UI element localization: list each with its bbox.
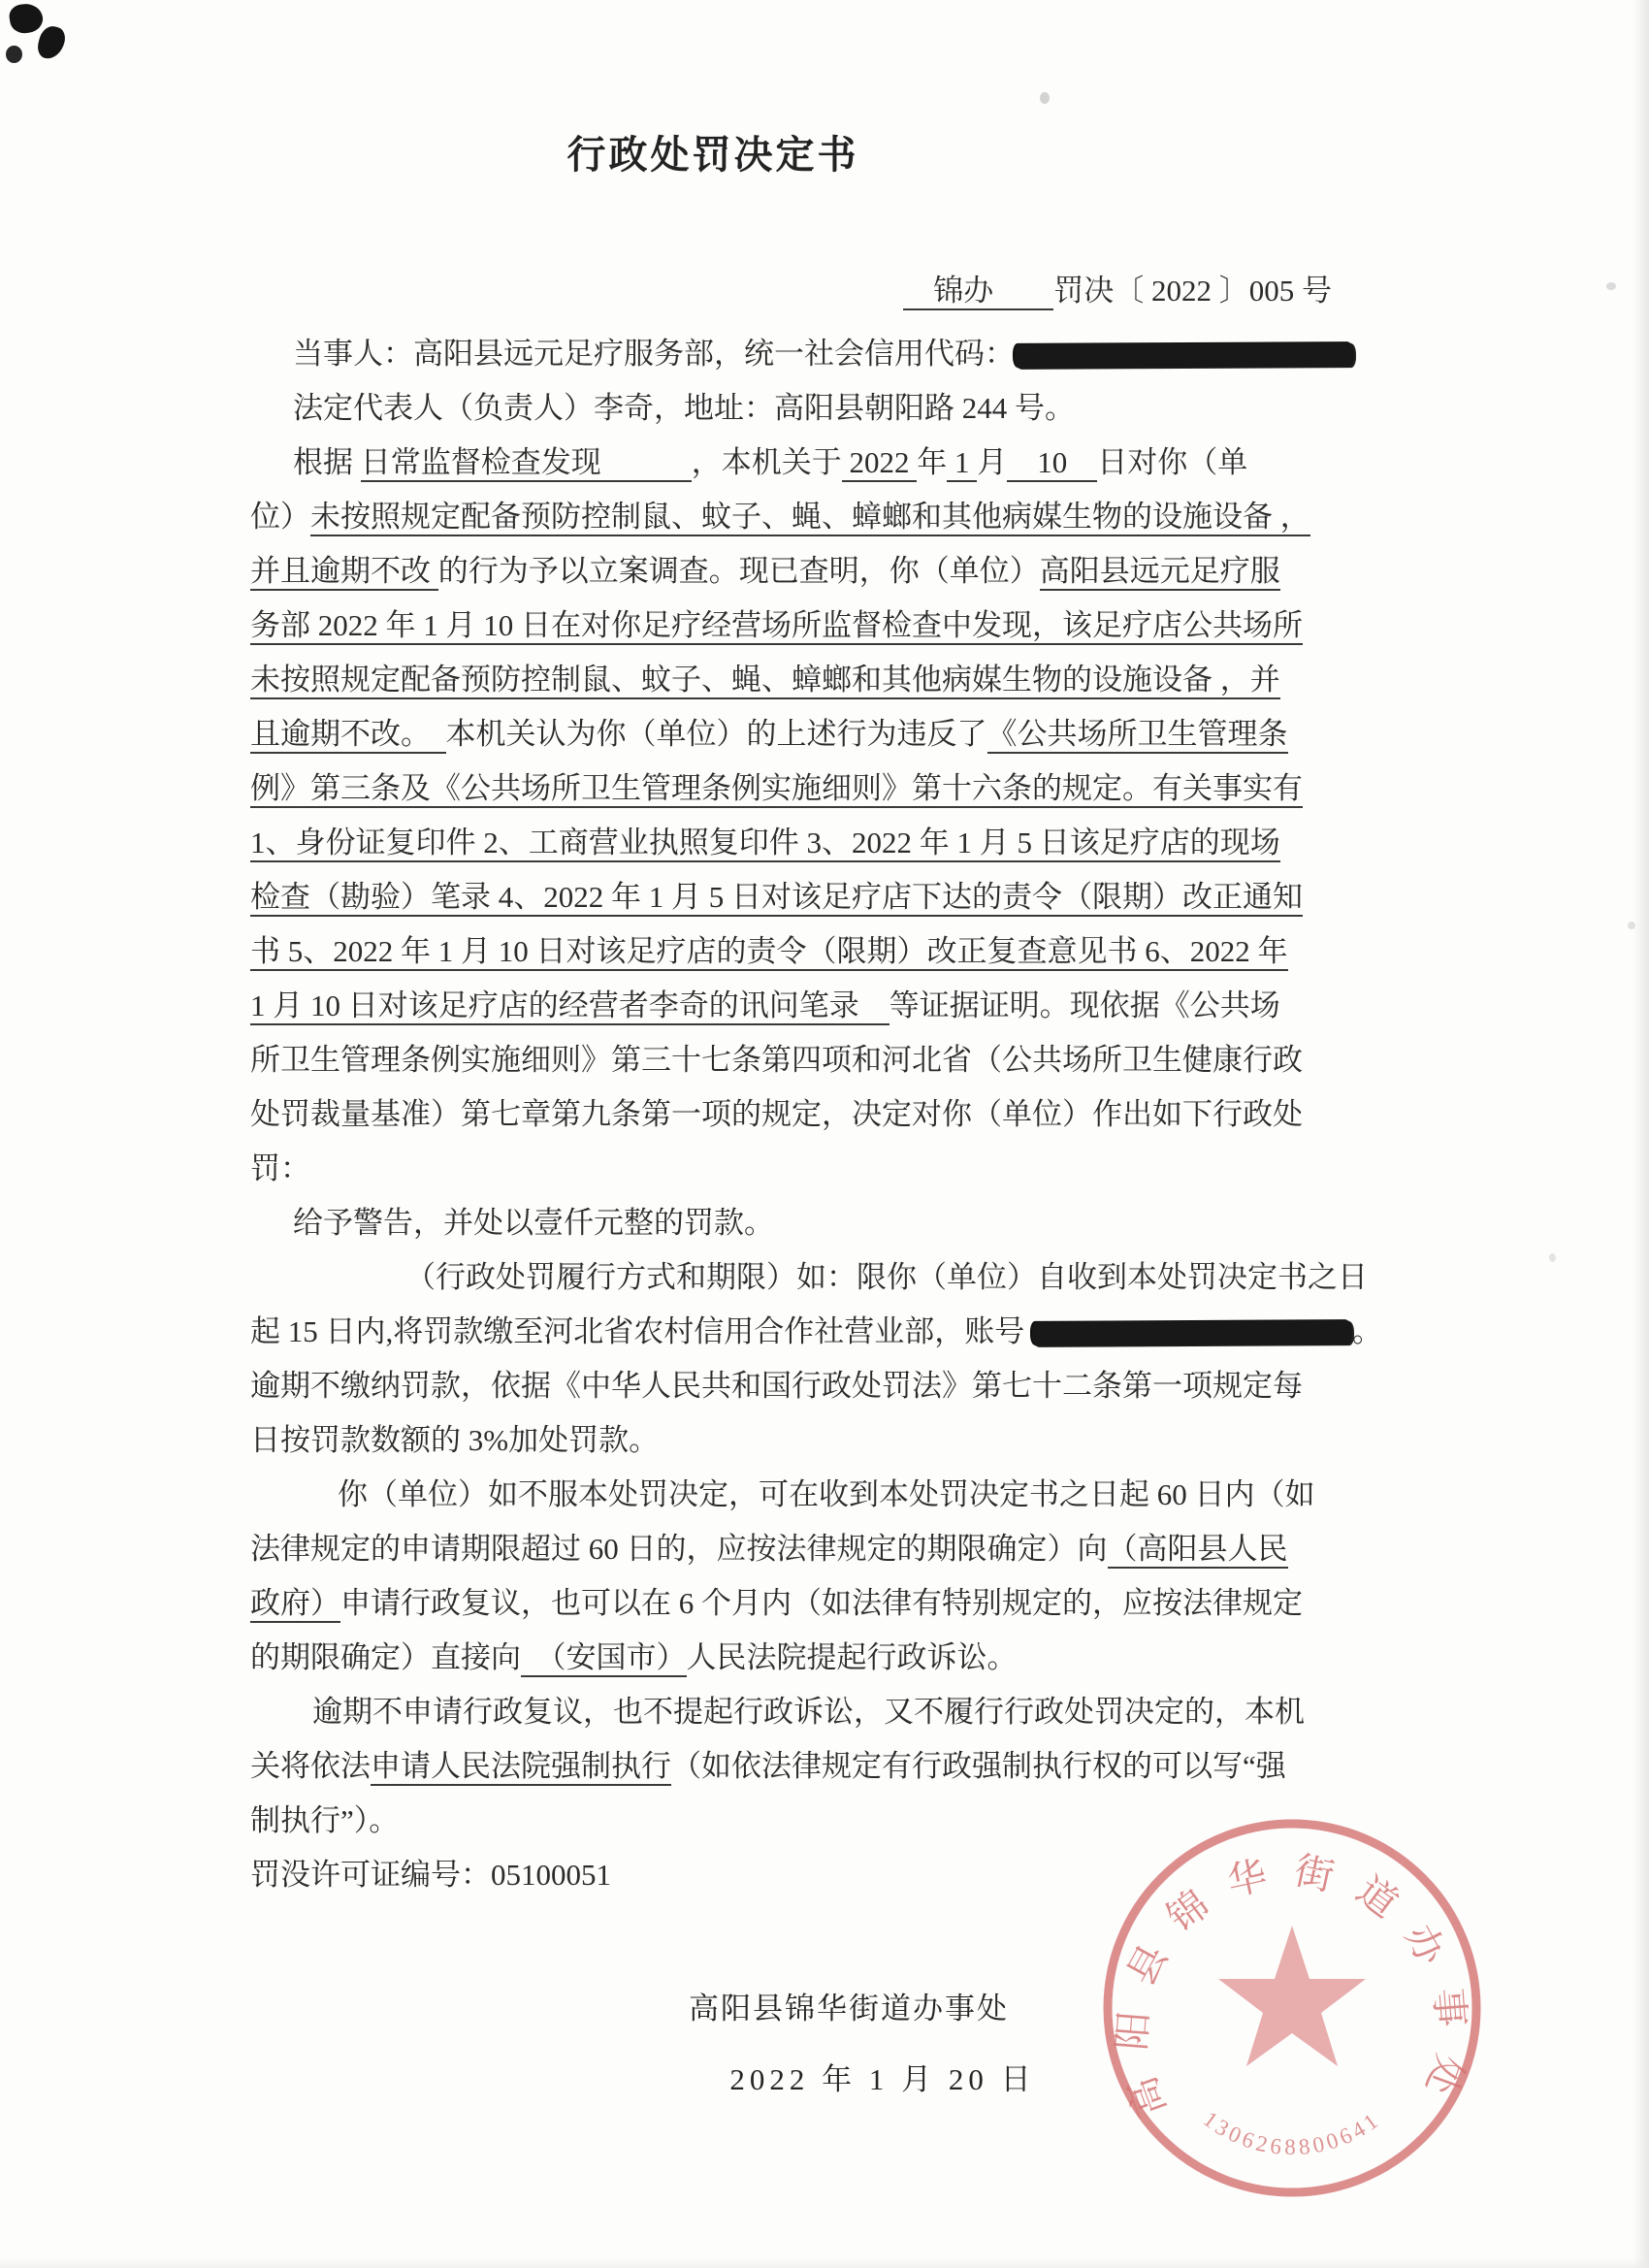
scan-artifact [6, 46, 22, 63]
document-title: 行政处罚决定书 [0, 124, 1426, 179]
text-line: 法定代表人（负责人）李奇，地址：高阳县朝阳路 244 号。 [250, 381, 1430, 436]
text-line: 法律规定的申请期限超过 60 日的，应按法律规定的期限确定）向（高阳县人民 [250, 1522, 1430, 1576]
body-text: （如依法律规定有行政强制执行权的可以写“强 [671, 1749, 1286, 1783]
scan-artifact [8, 2, 45, 35]
filled-blank-text: 检查（勘验）笔录 4、2022 年 1 月 5 日对该足疗店下达的责令（限期）改… [250, 880, 1303, 917]
filled-blank-text: 务部 2022 年 1 月 10 日在对你足疗经营场所监督检查中发现，该足疗店公… [250, 608, 1303, 645]
filled-blank-text: 申请人民法院强制执行 [371, 1749, 671, 1786]
body-text: ，本机关于 [692, 445, 842, 479]
scan-edge-shading [1633, 0, 1649, 2268]
filled-blank-text: 1、身份证复印件 2、工商营业执照复印件 3、2022 年 1 月 5 日该足疗… [250, 826, 1280, 862]
body-text: 你（单位）如不服本处罚决定，可在收到本处罚决定书之日起 60 日内（如 [338, 1477, 1315, 1511]
text-line: 检查（勘验）笔录 4、2022 年 1 月 5 日对该足疗店下达的责令（限期）改… [250, 870, 1430, 924]
text-line: 所卫生管理条例实施细则》第三十七条第四项和河北省（公共场所卫生健康行政 [250, 1033, 1430, 1087]
text-line: 政府）申请行政复议，也可以在 6 个月内（如法律有特别规定的，应按法律规定 [250, 1576, 1430, 1631]
text-line: 且逾期不改。 本机关认为你（单位）的上述行为违反了《公共场所卫生管理条 [250, 707, 1430, 761]
text-line: 未按照规定配备预防控制鼠、蚊子、蝇、蟑螂和其他病媒生物的设施设备 ，并 [250, 653, 1430, 707]
text-line: 例》第三条及《公共场所卫生管理条例实施细则》第十六条的规定。有关事实有 [250, 761, 1430, 816]
text-line: 书 5、2022 年 1 月 10 日对该足疗店的责令（限期）改正复查意见书 6… [250, 924, 1430, 979]
scan-artifact [36, 24, 68, 62]
text-line: 务部 2022 年 1 月 10 日在对你足疗经营场所监督检查中发现，该足疗店公… [250, 599, 1430, 653]
text-line: 给予警告，并处以壹仟元整的罚款。 [250, 1196, 1430, 1250]
body-text: 。 [1352, 1314, 1382, 1348]
body-text: 法律规定的申请期限超过 60 日的，应按法律规定的期限确定）向 [250, 1532, 1108, 1566]
body-text: 制执行”）。 [250, 1803, 399, 1837]
document-number-line: 锦办 罚决〔 2022 〕005 号 [250, 264, 1424, 318]
filled-blank-text: 政府） [250, 1586, 340, 1623]
body-text: 关将依法 [250, 1749, 371, 1783]
body-text: 等证据证明。现依据《公共场 [889, 988, 1280, 1022]
filled-blank-text: 未按照规定配备预防控制鼠、蚊子、蝇、蟑螂和其他病媒生物的设施设备 ， [310, 500, 1310, 536]
text-line: 当事人：高阳县远元足疗服务部，统一社会信用代码： [250, 327, 1430, 381]
filled-blank-text: 例》第三条及《公共场所卫生管理条例实施细则》第十六条的规定。有关事实有 [250, 771, 1303, 808]
text-line: 逾期不申请行政复议，也不提起行政诉讼，又不履行行政处罚决定的，本机 [250, 1685, 1430, 1739]
text-line: 位）未按照规定配备预防控制鼠、蚊子、蝇、蟑螂和其他病媒生物的设施设备 ， [250, 490, 1430, 544]
scanned-document-page: 行政处罚决定书 锦办 罚决〔 2022 〕005 号 当事人：高阳县远元足疗服务… [0, 0, 1649, 2268]
text-line: 的期限确定）直接向 （安国市）人民法院提起行政诉讼。 [250, 1631, 1430, 1685]
redaction-bar [1032, 1320, 1352, 1346]
text-line: 起 15 日内,将罚款缴至河北省农村信用合作社营业部，账号 。 [250, 1305, 1430, 1359]
text-line: 关将依法申请人民法院强制执行（如依法律规定有行政强制执行权的可以写“强 [250, 1739, 1430, 1794]
body-text: 处罚裁量基准）第七章第九条第一项的规定，决定对你（单位）作出如下行政处 [250, 1097, 1303, 1131]
scan-edge-shading [0, 2258, 1649, 2268]
filled-blank-text: （高阳县人民 [1108, 1532, 1288, 1569]
signature-org: 高阳县锦华街道办事处 [621, 1984, 1077, 2027]
filled-blank-text: 1 月 10 日对该足疗店的经营者李奇的讯问笔录 [250, 988, 889, 1025]
text-line: 1 月 10 日对该足疗店的经营者李奇的讯问笔录 等证据证明。现依据《公共场 [250, 979, 1430, 1033]
text-line: 1、身份证复印件 2、工商营业执照复印件 3、2022 年 1 月 5 日该足疗… [250, 816, 1430, 870]
document-body: 当事人：高阳县远元足疗服务部，统一社会信用代码：法定代表人（负责人）李奇，地址：… [250, 327, 1430, 1902]
svg-text:1306268800641: 1306268800641 [1199, 2107, 1385, 2159]
body-text: 的期限确定）直接向 [250, 1640, 521, 1674]
body-text: 月 [977, 445, 1007, 479]
filled-blank-text: 未按照规定配备预防控制鼠、蚊子、蝇、蟑螂和其他病媒生物的设施设备 ，并 [250, 663, 1280, 699]
body-text: 位） [250, 500, 310, 534]
document-number-text: 罚决〔 2022 〕005 号 [1053, 274, 1332, 308]
filled-blank-text: 且逾期不改。 [250, 717, 446, 754]
filled-blank-text: 高阳县远元足疗服 [1040, 554, 1280, 591]
redaction-bar [1015, 342, 1354, 369]
body-text: 逾期不申请行政复议，也不提起行政诉讼，又不履行行政处罚决定的，本机 [312, 1695, 1305, 1729]
text-line: 逾期不缴纳罚款，依据《中华人民共和国行政处罚法》第七十二条第一项规定每 [250, 1359, 1430, 1413]
body-text: 日按罚款数额的 3%加处罚款。 [250, 1423, 659, 1457]
scan-speck [1040, 92, 1050, 104]
text-line: （行政处罚履行方式和期限）如：限你（单位）自收到本处罚决定书之日 [250, 1250, 1430, 1305]
filled-blank-text: 《公共场所卫生管理条 [987, 717, 1288, 754]
text-line: 罚： [250, 1142, 1430, 1196]
scan-speck [1606, 282, 1616, 290]
text-line: 根据 日常监督检查发现 ，本机关于 2022 年 1 月 10 日对你（单 [250, 436, 1430, 490]
text-line: 并且逾期不改 的行为予以立案调查。现已查明，你（单位）高阳县远元足疗服 [250, 544, 1430, 599]
body-text: 当事人：高阳县远元足疗服务部，统一社会信用代码： [293, 337, 1015, 371]
filled-blank-text: 10 [1007, 445, 1097, 482]
body-text: 起 15 日内,将罚款缴至河北省农村信用合作社营业部，账号 [250, 1314, 1032, 1348]
filled-blank-text: 日常监督检查发现 [361, 445, 692, 482]
body-text: 根据 [293, 445, 361, 479]
document-number-office-blank: 锦办 [903, 274, 1053, 310]
filled-blank-text: 2022 [842, 445, 918, 482]
signature-date: 2022 年 1 月 20 日 [640, 2055, 1125, 2098]
filled-blank-text: 并且逾期不改 [250, 554, 438, 591]
text-line: 你（单位）如不服本处罚决定，可在收到本处罚决定书之日起 60 日内（如 [250, 1468, 1430, 1522]
text-line: 处罚裁量基准）第七章第九条第一项的规定，决定对你（单位）作出如下行政处 [250, 1087, 1430, 1142]
body-text: 日对你（单 [1097, 445, 1247, 479]
filled-blank-text: 书 5、2022 年 1 月 10 日对该足疗店的责令（限期）改正复查意见书 6… [250, 934, 1288, 971]
body-text: 人民法院提起行政诉讼。 [687, 1640, 1018, 1674]
filled-blank-text: （安国市） [521, 1640, 687, 1677]
body-text: 给予警告，并处以壹仟元整的罚款。 [293, 1206, 774, 1240]
body-text: 罚没许可证编号：05100051 [250, 1858, 611, 1892]
body-text: 的行为予以立案调查。现已查明，你（单位） [438, 554, 1040, 588]
stamp-star-icon [1218, 1926, 1366, 2066]
body-text: 法定代表人（负责人）李奇，地址：高阳县朝阳路 244 号。 [293, 391, 1075, 425]
body-text: 年 [917, 445, 947, 479]
stamp-serial-number: 1306268800641 [1199, 2107, 1385, 2159]
text-line: 日按罚款数额的 3%加处罚款。 [250, 1413, 1430, 1468]
official-seal-stamp: 高阳县锦华街道办事处 1306268800641 [1083, 1799, 1501, 2217]
body-text: （行政处罚履行方式和期限）如：限你（单位）自收到本处罚决定书之日 [405, 1260, 1368, 1294]
body-text: 本机关认为你（单位）的上述行为违反了 [446, 717, 987, 751]
body-text: 罚： [250, 1151, 310, 1185]
scan-speck [1549, 1253, 1556, 1262]
filled-blank-text: 1 [947, 445, 977, 482]
body-text: 逾期不缴纳罚款，依据《中华人民共和国行政处罚法》第七十二条第一项规定每 [250, 1369, 1303, 1403]
body-text: 申请行政复议，也可以在 6 个月内（如法律有特别规定的，应按法律规定 [340, 1586, 1303, 1620]
body-text: 所卫生管理条例实施细则》第三十七条第四项和河北省（公共场所卫生健康行政 [250, 1043, 1303, 1077]
